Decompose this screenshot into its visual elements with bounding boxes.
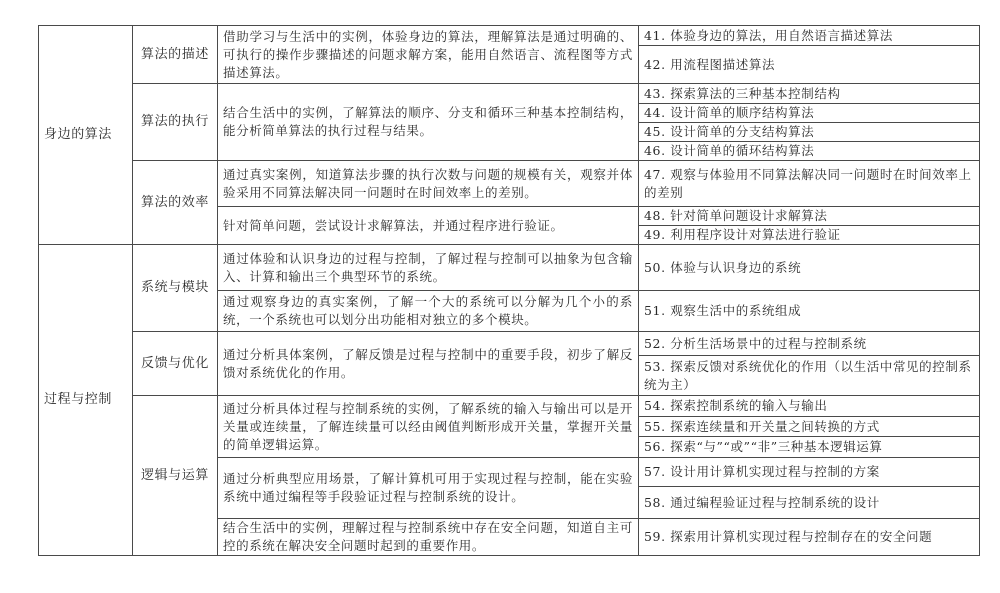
activity-cell: 58. 通过编程验证过程与控制系统的设计	[639, 487, 980, 519]
activity-cell: 47. 观察与体验用不同算法解决同一问题时在时间效率上的差别	[639, 161, 980, 207]
activity-cell: 57. 设计用计算机实现过程与控制的方案	[639, 458, 980, 487]
activity-cell: 53. 探索反馈对系统优化的作用（以生活中常见的控制系统为主）	[639, 356, 980, 396]
activity-cell: 54. 探索控制系统的输入与输出	[639, 396, 980, 417]
activity-cell: 59. 探索用计算机实现过程与控制存在的安全问题	[639, 519, 980, 556]
requirement-cell: 通过分析具体过程与控制系统的实例，了解系统的输入与输出可以是开关量或连续量，了解…	[218, 396, 639, 458]
activity-cell: 55. 探索连续量和开关量之间转换的方式	[639, 417, 980, 437]
activity-cell: 46. 设计简单的循环结构算法	[639, 142, 980, 161]
activity-cell: 42. 用流程图描述算法	[639, 46, 980, 84]
topic-cell: 逻辑与运算	[133, 396, 218, 556]
requirement-cell: 结合生活中的实例，了解算法的顺序、分支和循环三种基本控制结构，能分析简单算法的执…	[218, 84, 639, 161]
topic-cell: 反馈与优化	[133, 332, 218, 396]
requirement-cell: 通过观察身边的真实案例，了解一个大的系统可以分解为几个小的系统，一个系统也可以划…	[218, 291, 639, 332]
curriculum-table: 身边的算法 算法的描述 借助学习与生活中的实例，体验身边的算法，理解算法是通过明…	[38, 25, 980, 556]
activity-cell: 50. 体验与认识身边的系统	[639, 245, 980, 291]
table-row: 身边的算法 算法的描述 借助学习与生活中的实例，体验身边的算法，理解算法是通过明…	[39, 26, 980, 46]
topic-cell: 系统与模块	[133, 245, 218, 332]
activity-cell: 56. 探索“与”“或”“非”三种基本逻辑运算	[639, 437, 980, 458]
activity-cell: 51. 观察生活中的系统组成	[639, 291, 980, 332]
activity-cell: 45. 设计简单的分支结构算法	[639, 123, 980, 142]
requirement-cell: 结合生活中的实例，理解过程与控制系统中存在安全问题，知道自主可控的系统在解决安全…	[218, 519, 639, 556]
requirement-cell: 针对简单问题，尝试设计求解算法，并通过程序进行验证。	[218, 207, 639, 245]
activity-cell: 44. 设计简单的顺序结构算法	[639, 104, 980, 123]
activity-cell: 43. 探索算法的三种基本控制结构	[639, 84, 980, 104]
activity-cell: 52. 分析生活场景中的过程与控制系统	[639, 332, 980, 356]
activity-cell: 49. 利用程序设计对算法进行验证	[639, 226, 980, 245]
domain-cell: 过程与控制	[39, 245, 133, 556]
requirement-cell: 通过体验和认识身边的过程与控制，了解过程与控制可以抽象为包含输入、计算和输出三个…	[218, 245, 639, 291]
requirement-cell: 通过分析具体案例，了解反馈是过程与控制中的重要手段，初步了解反馈对系统优化的作用…	[218, 332, 639, 396]
table-row: 反馈与优化 通过分析具体案例，了解反馈是过程与控制中的重要手段，初步了解反馈对系…	[39, 332, 980, 356]
topic-cell: 算法的效率	[133, 161, 218, 245]
topic-cell: 算法的描述	[133, 26, 218, 84]
activity-cell: 41. 体验身边的算法，用自然语言描述算法	[639, 26, 980, 46]
table-row: 算法的执行 结合生活中的实例，了解算法的顺序、分支和循环三种基本控制结构，能分析…	[39, 84, 980, 104]
topic-cell: 算法的执行	[133, 84, 218, 161]
requirement-cell: 借助学习与生活中的实例，体验身边的算法，理解算法是通过明确的、可执行的操作步骤描…	[218, 26, 639, 84]
table-row: 过程与控制 系统与模块 通过体验和认识身边的过程与控制，了解过程与控制可以抽象为…	[39, 245, 980, 291]
requirement-cell: 通过真实案例，知道算法步骤的执行次数与问题的规模有关，观察并体验采用不同算法解决…	[218, 161, 639, 207]
table-row: 逻辑与运算 通过分析具体过程与控制系统的实例，了解系统的输入与输出可以是开关量或…	[39, 396, 980, 417]
table-row: 算法的效率 通过真实案例，知道算法步骤的执行次数与问题的规模有关，观察并体验采用…	[39, 161, 980, 207]
requirement-cell: 通过分析典型应用场景，了解计算机可用于实现过程与控制，能在实验系统中通过编程等手…	[218, 458, 639, 519]
activity-cell: 48. 针对简单问题设计求解算法	[639, 207, 980, 226]
domain-cell: 身边的算法	[39, 26, 133, 245]
